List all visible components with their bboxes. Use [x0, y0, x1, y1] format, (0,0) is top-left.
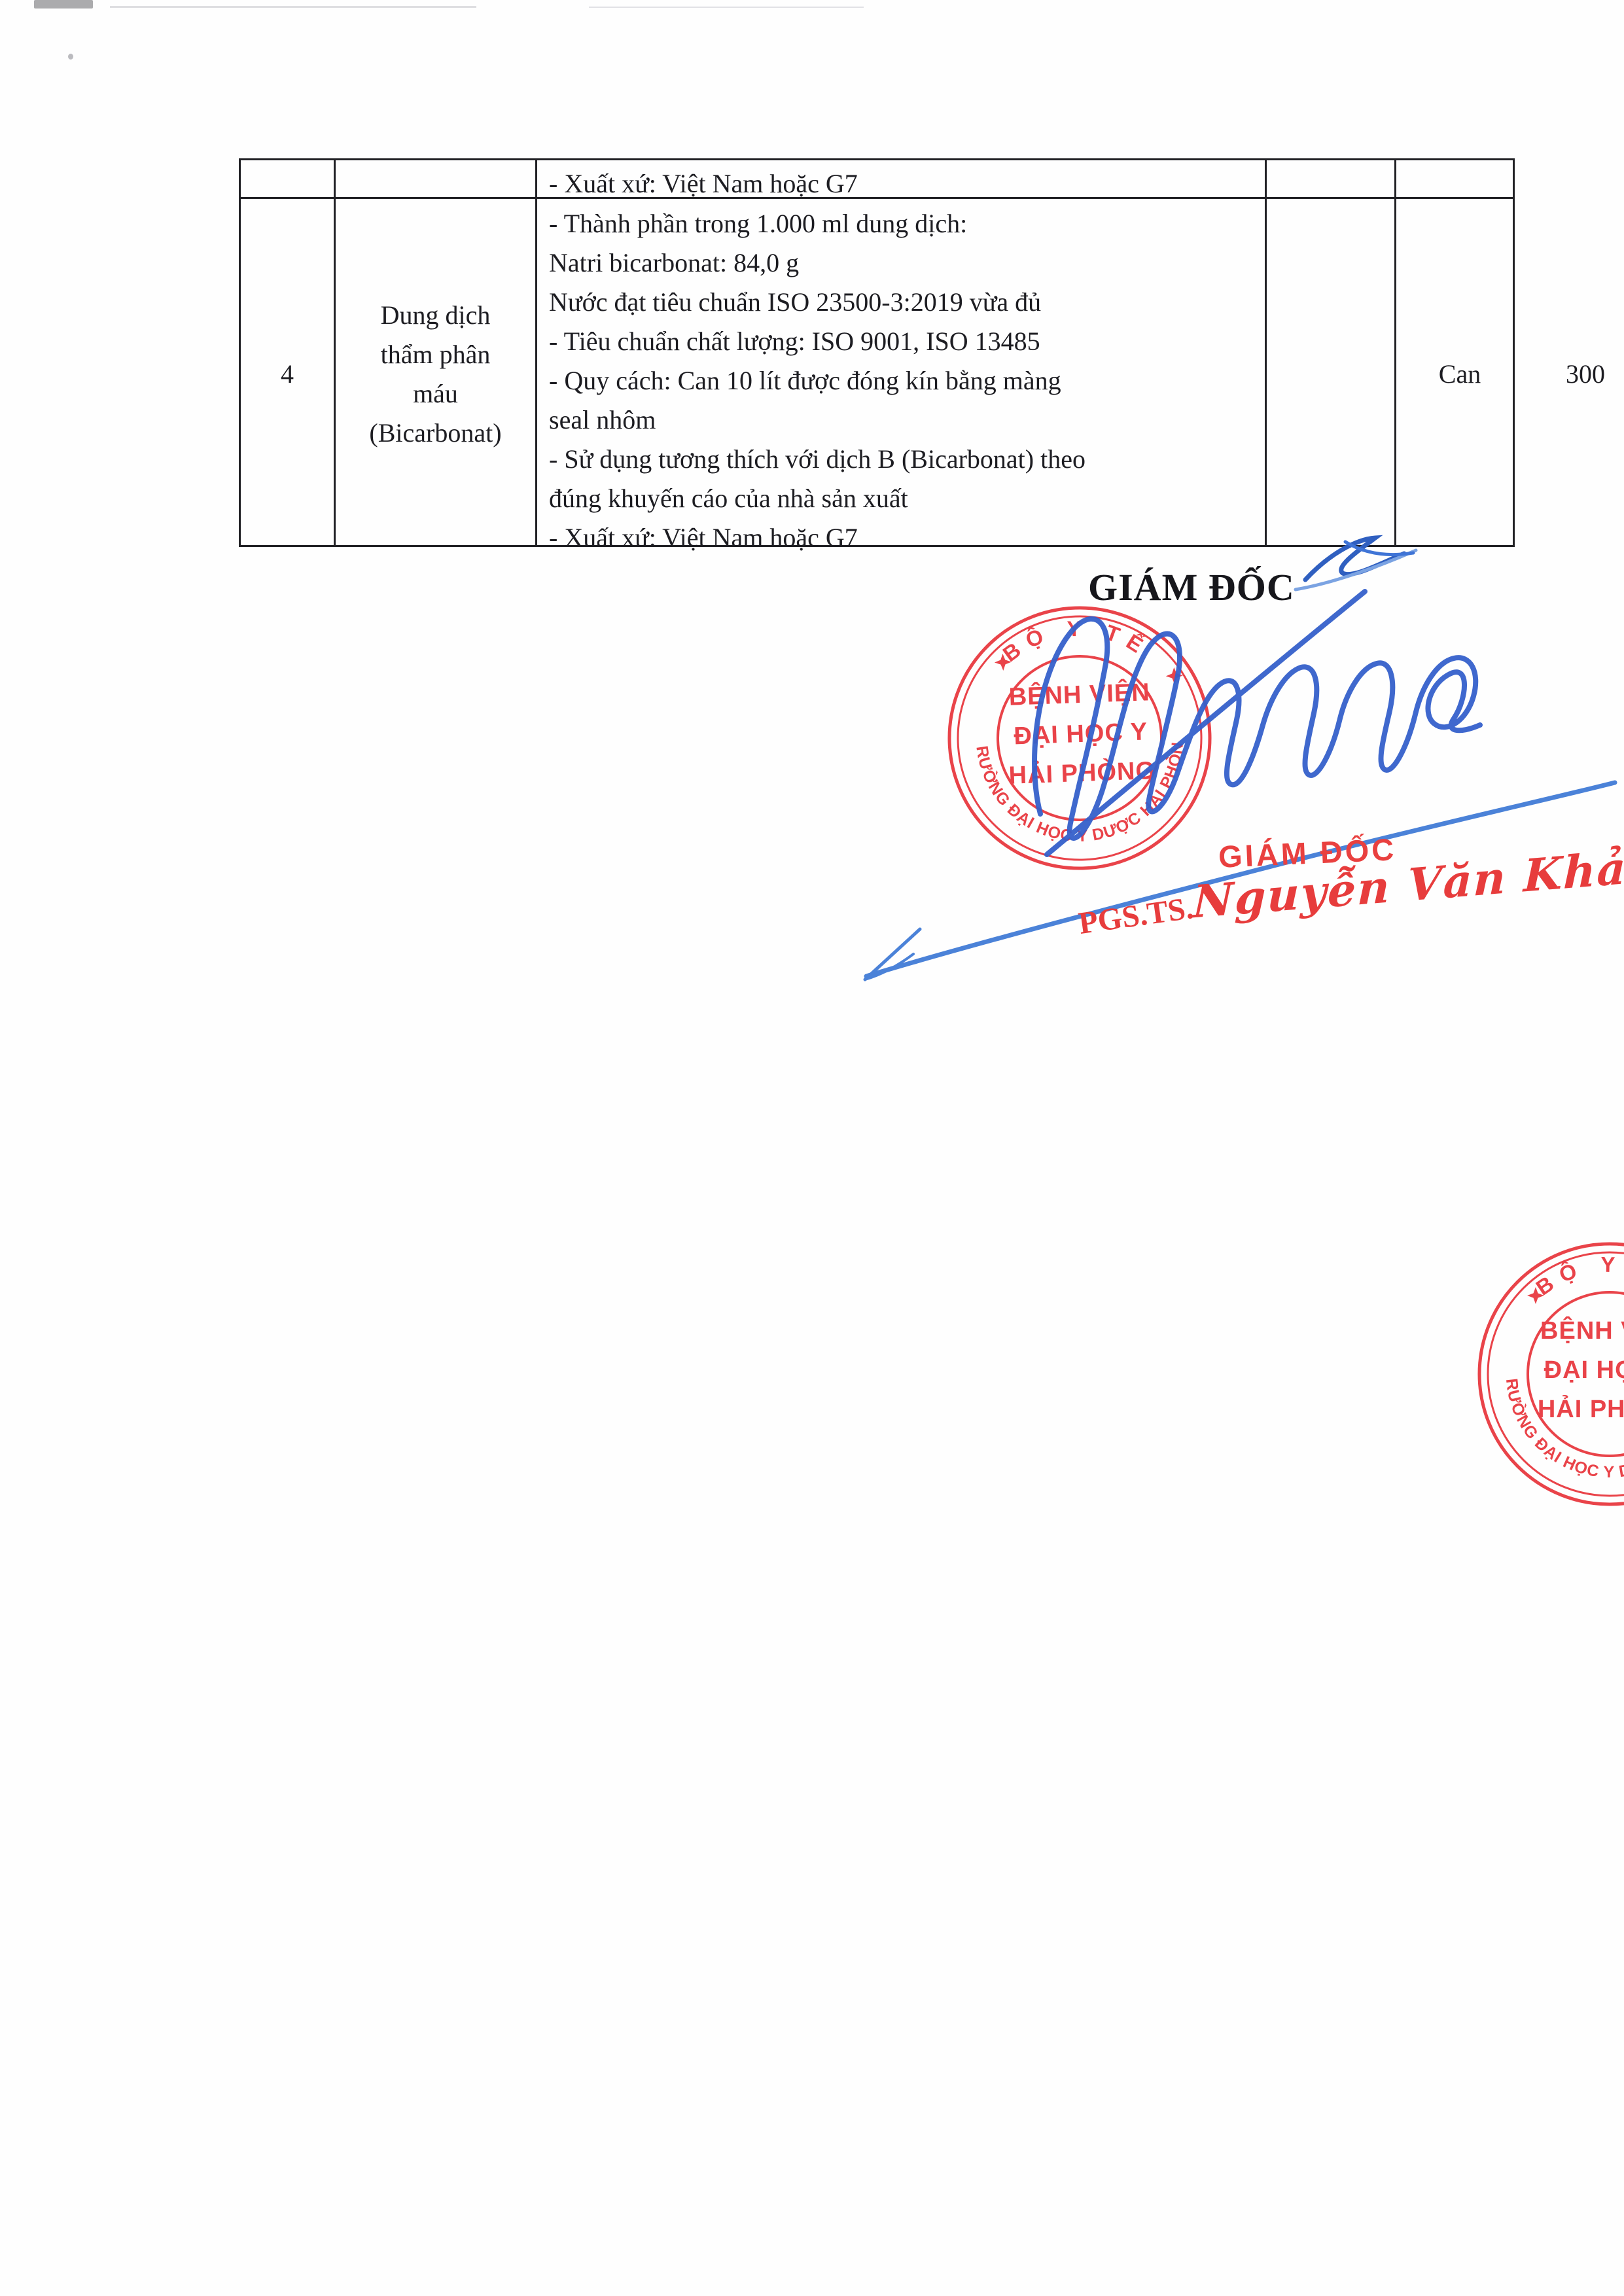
table-cell-item-name: Dung dịch thẩm phân máu (Bicarbonat) — [336, 199, 535, 549]
item-name-line: (Bicarbonat) — [369, 414, 501, 453]
item-name-line: thẩm phân — [381, 335, 491, 374]
scan-artifact — [589, 7, 864, 8]
stamp-center-line: HẢI PHÒNG — [1008, 756, 1156, 790]
spec-table: - Xuất xứ: Việt Nam hoặc G7 4 Dung dịch … — [239, 158, 1515, 547]
stamp-center-line: ĐẠI HỌC Y — [1544, 1356, 1624, 1384]
spec-line: - Sử dụng tương thích với dịch B (Bicarb… — [549, 440, 1265, 479]
table-cell-unit: Can — [1396, 199, 1523, 549]
item-name-line: máu — [413, 374, 458, 414]
hospital-round-stamp: BỘ Y TẾ TRƯỜNG ĐẠI HỌC Y DƯỢC HẢI PHÒNG … — [938, 596, 1222, 880]
spec-line: seal nhôm — [549, 400, 1265, 440]
spec-line: Nước đạt tiêu chuẩn ISO 23500-3:2019 vừa… — [549, 283, 1265, 322]
stt-value: 4 — [281, 355, 294, 394]
spec-line: - Quy cách: Can 10 lít được đóng kín bằn… — [549, 361, 1265, 400]
stamp-center-line: ĐẠI HỌC Y — [1014, 718, 1148, 750]
signer-degree: PGS.TS. — [1076, 890, 1195, 942]
spec-line: - Tiêu chuẩn chất lượng: ISO 9001, ISO 1… — [549, 322, 1265, 361]
scanned-document-page: - Xuất xứ: Việt Nam hoặc G7 4 Dung dịch … — [0, 0, 1624, 2296]
stamp-center-line: BỆNH VIỆN — [1008, 677, 1150, 711]
table-cell-specs: - Thành phần trong 1.000 ml dung dịch: N… — [537, 199, 1265, 549]
spec-line: - Thành phần trong 1.000 ml dung dịch: — [549, 204, 1265, 243]
spec-line: - Xuất xứ: Việt Nam hoặc G7 — [549, 518, 1265, 557]
table-cell-prev-row-spec: - Xuất xứ: Việt Nam hoặc G7 — [537, 160, 1265, 197]
scan-artifact — [34, 0, 93, 9]
spec-line: Natri bicarbonat: 84,0 g — [549, 243, 1265, 283]
item-name-line: Dung dịch — [381, 296, 491, 335]
table-cell-stt: 4 — [241, 199, 334, 549]
scan-artifact — [110, 6, 476, 8]
unit-value: Can — [1439, 355, 1481, 394]
stamp-center-line: HẢI PHÒNG — [1538, 1394, 1624, 1423]
spec-line: đúng khuyến cáo của nhà sản xuất — [549, 479, 1265, 518]
spec-line: - Xuất xứ: Việt Nam hoặc G7 — [549, 164, 1265, 197]
table-column-divider — [1265, 160, 1267, 545]
scan-artifact — [68, 54, 73, 60]
quantity-value: 300 — [1566, 355, 1605, 394]
table-cell-quantity: 300 — [1525, 199, 1624, 549]
hospital-round-stamp-partial: BỘ Y TẾ TRƯỜNG ĐẠI HỌC Y DƯỢC HẢI PHÒNG … — [1472, 1237, 1624, 1511]
stamp-center-line: BỆNH VIỆN — [1540, 1316, 1624, 1345]
